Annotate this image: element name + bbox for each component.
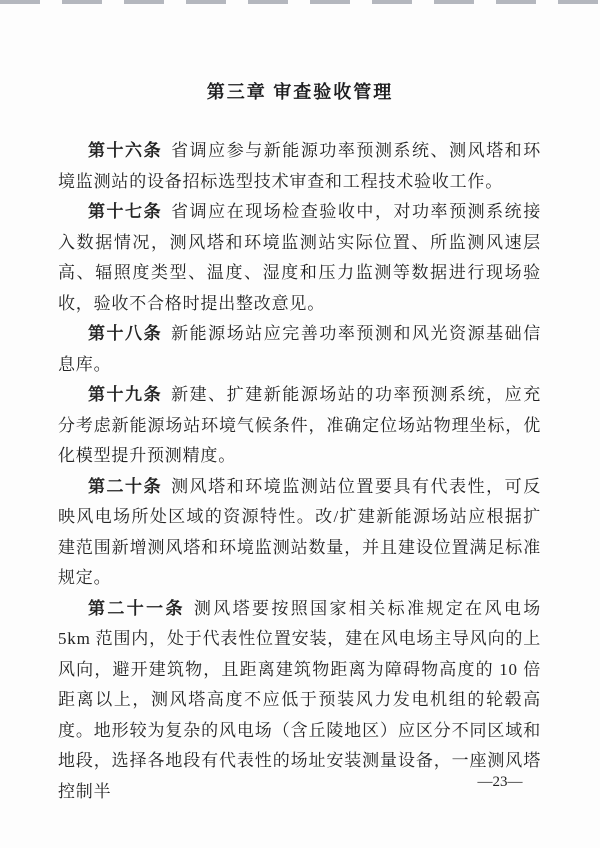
article-text: 测风塔要按照国家相关标准规定在风电场 5km 范围内，处于代表性位置安装，建在风… bbox=[58, 599, 541, 801]
document-page: 第三章 审查验收管理 第十六条省调应参与新能源功率预测系统、测风塔和环境监测站的… bbox=[0, 0, 600, 848]
article-paragraph: 第十六条省调应参与新能源功率预测系统、测风塔和环境监测站的设备招标选型技术审查和… bbox=[58, 136, 541, 197]
article-number: 第十九条 bbox=[88, 385, 162, 404]
article-number: 第二十条 bbox=[88, 477, 162, 496]
article-number: 第十七条 bbox=[88, 202, 162, 221]
article-paragraph: 第十九条新建、扩建新能源场站的功率预测系统，应充分考虑新能源场站环境气候条件，准… bbox=[58, 380, 541, 472]
article-number: 第十八条 bbox=[88, 324, 162, 343]
article-paragraph: 第十八条新能源场站应完善功率预测和风光资源基础信息库。 bbox=[58, 319, 541, 380]
article-number: 第二十一条 bbox=[88, 599, 185, 618]
article-paragraphs: 第十六条省调应参与新能源功率预测系统、测风塔和环境监测站的设备招标选型技术审查和… bbox=[58, 136, 541, 807]
article-number: 第十六条 bbox=[88, 141, 162, 160]
article-paragraph: 第二十条测风塔和环境监测站位置要具有代表性，可反映风电场所处区域的资源特性。改/… bbox=[58, 472, 541, 594]
scan-edge-artifact bbox=[0, 0, 600, 4]
page-number: —23— bbox=[450, 774, 550, 791]
article-paragraph: 第十七条省调应在现场检查验收中，对功率预测系统接入数据情况，测风塔和环境监测站实… bbox=[58, 197, 541, 319]
chapter-title: 第三章 审查验收管理 bbox=[0, 78, 600, 104]
